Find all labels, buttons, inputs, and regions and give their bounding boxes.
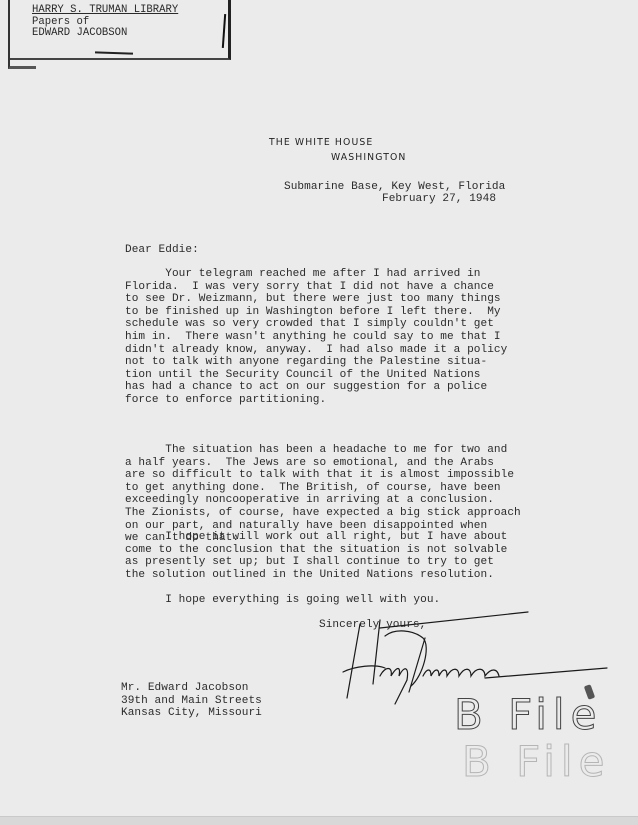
letter-paragraph: The situation has been a headache to me … — [125, 444, 521, 545]
archive-box-tab — [8, 58, 36, 69]
pen-mark — [222, 14, 226, 48]
archive-label-box: HARRY S. TRUMAN LIBRARYPapers ofEDWARD J… — [8, 0, 231, 60]
letterhead-city: WASHINGTON — [331, 152, 406, 163]
letter-paragraph: Your telegram reached me after I had arr… — [125, 268, 507, 407]
dateline-place: Submarine Base, Key West, Florida — [284, 181, 505, 194]
salutation: Dear Eddie: — [125, 244, 199, 257]
recipient-street: 39th and Main Streets — [121, 695, 262, 708]
letter-paragraph: I hope it will work out all right, but I… — [125, 531, 507, 581]
dateline-date: February 27, 1948 — [382, 193, 496, 206]
pen-mark — [95, 51, 133, 54]
letterhead-title: THE WHITE HOUSE — [269, 137, 373, 148]
letter-page: HARRY S. TRUMAN LIBRARYPapers ofEDWARD J… — [0, 0, 638, 825]
page-edge — [0, 816, 638, 825]
file-stamp-faded: B File — [462, 737, 610, 786]
recipient-city: Kansas City, Missouri — [121, 707, 262, 720]
recipient-name: Mr. Edward Jacobson — [121, 682, 262, 695]
recipient-address: Mr. Edward Jacobson39th and Main Streets… — [121, 682, 262, 720]
archive-label-line: HARRY S. TRUMAN LIBRARY — [32, 5, 178, 17]
letter-paragraph: I hope everything is going well with you… — [125, 594, 440, 607]
archive-label: HARRY S. TRUMAN LIBRARYPapers ofEDWARD J… — [32, 5, 178, 40]
file-stamp: B File — [454, 690, 602, 739]
archive-label-line: EDWARD JACOBSON — [32, 28, 178, 40]
